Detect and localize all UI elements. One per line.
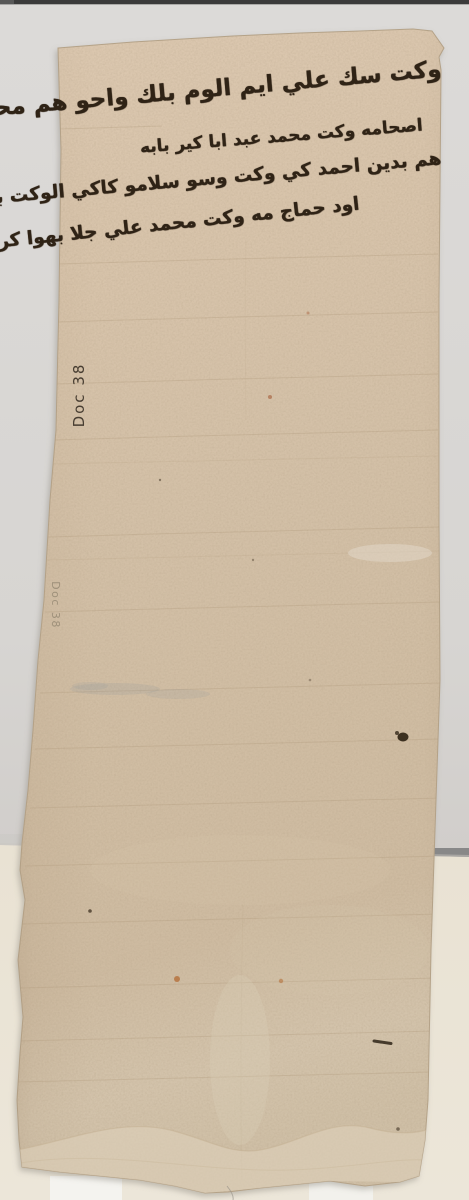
catalog-number-annotation-dark: Doc 38	[57, 347, 101, 443]
top-bar	[0, 0, 469, 4]
photo-canvas: وكت سك علي ايم الوم بلك واحو هم محمد تنب…	[0, 0, 469, 1200]
catalog-number-annotation-faint: Doc 38	[45, 572, 65, 638]
